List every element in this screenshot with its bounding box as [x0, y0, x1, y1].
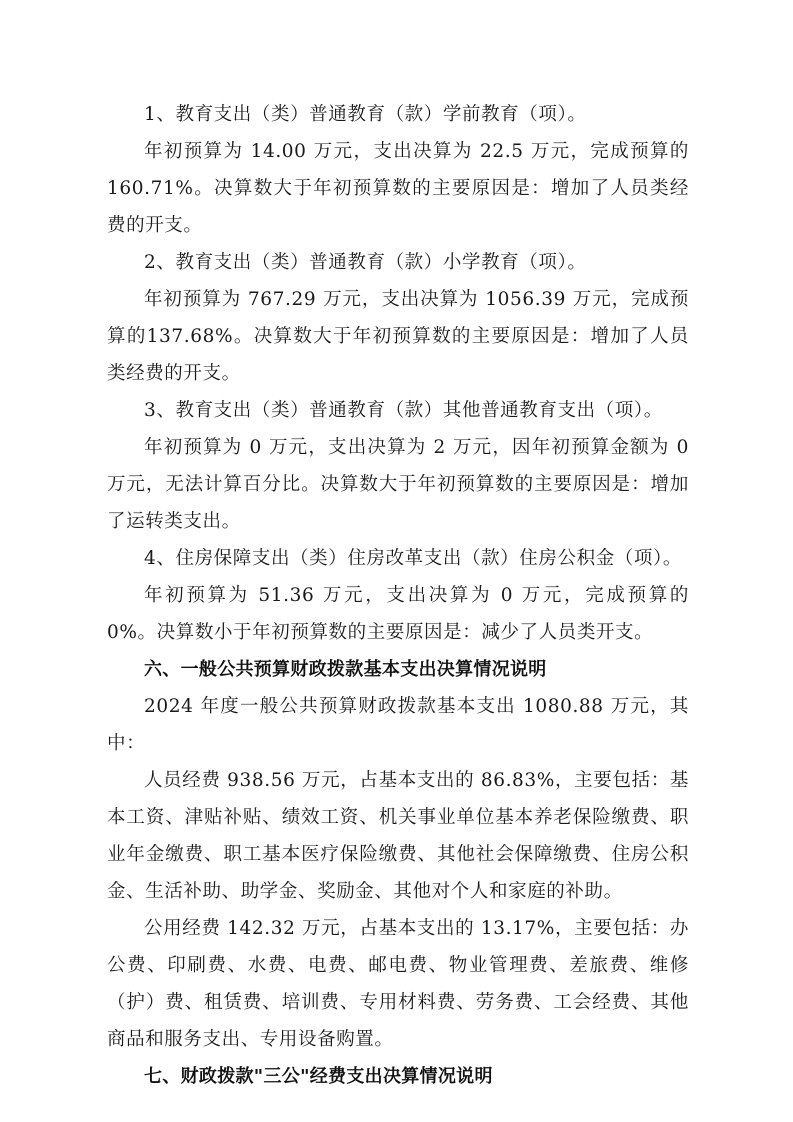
section-6-public-expenses: 公用经费 142.32 万元，占基本支出的 13.17%，主要包括：办公费、印刷… [107, 910, 689, 1058]
document-page: 1、教育支出（类）普通教育（款）学前教育（项）。 年初预算为 14.00 万元，… [0, 0, 793, 1122]
item-3-title: 3、教育支出（类）普通教育（款）其他普通教育支出（项）。 [107, 392, 689, 429]
item-4-title: 4、住房保障支出（类）住房改革支出（款）住房公积金（项）。 [107, 540, 689, 577]
document-content: 1、教育支出（类）普通教育（款）学前教育（项）。 年初预算为 14.00 万元，… [107, 96, 689, 1095]
item-1-title: 1、教育支出（类）普通教育（款）学前教育（项）。 [107, 96, 689, 133]
section-6-personnel-expenses: 人员经费 938.56 万元，占基本支出的 86.83%，主要包括：基本工资、津… [107, 762, 689, 910]
item-1-body: 年初预算为 14.00 万元，支出决算为 22.5 万元，完成预算的160.71… [107, 133, 689, 244]
item-4-body: 年初预算为 51.36 万元，支出决算为 0 万元，完成预算的 0%。决算数小于… [107, 577, 689, 651]
item-3-body: 年初预算为 0 万元，支出决算为 2 万元，因年初预算金额为 0 万元，无法计算… [107, 429, 689, 540]
section-6-summary: 2024 年度一般公共预算财政拨款基本支出 1080.88 万元，其中： [107, 688, 689, 762]
item-2-body: 年初预算为 767.29 万元，支出决算为 1056.39 万元，完成预算的13… [107, 281, 689, 392]
section-6-heading: 六、一般公共预算财政拨款基本支出决算情况说明 [107, 651, 689, 688]
item-2-title: 2、教育支出（类）普通教育（款）小学教育（项）。 [107, 244, 689, 281]
section-7-heading: 七、财政拨款"三公"经费支出决算情况说明 [107, 1058, 689, 1095]
